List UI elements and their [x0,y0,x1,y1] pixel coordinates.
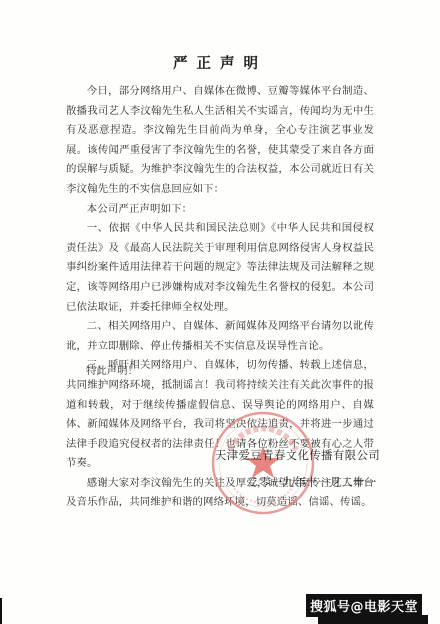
company-seal-icon [210,410,316,516]
company-name: 天津爱豆青春文化传播有限公司 [215,447,380,463]
source-watermark: 搜狐号@电影天堂 [306,594,422,617]
document-title: 严正声明 [0,52,440,73]
closing-line: 特此声明！ [86,362,138,377]
watermark-underbar [318,615,428,624]
paragraph-point-two: 二、相关网络用户、自媒体、新闻媒体及网络平台请勿以讹传讹，并立即删除、停止传播相… [66,317,374,356]
paragraph-declaration-heading: 本公司严正声明如下： [66,200,374,220]
statement-page: 严正声明 今日，部分网络用户、自媒体在微博、豆瓣等媒体平台制造、散播我司艺人李汶… [0,0,440,624]
statement-date: 二零一九年十一月二十一 [247,474,377,490]
paragraph-intro: 今日，部分网络用户、自媒体在微博、豆瓣等媒体平台制造、散播我司艺人李汶翰先生私人… [66,82,374,200]
edge-artifact [0,598,2,624]
paragraph-point-one: 一、依据《中华人民共和国民法总则》《中华人民共和国侵权责任法》及《最高人民法院关… [66,219,374,317]
